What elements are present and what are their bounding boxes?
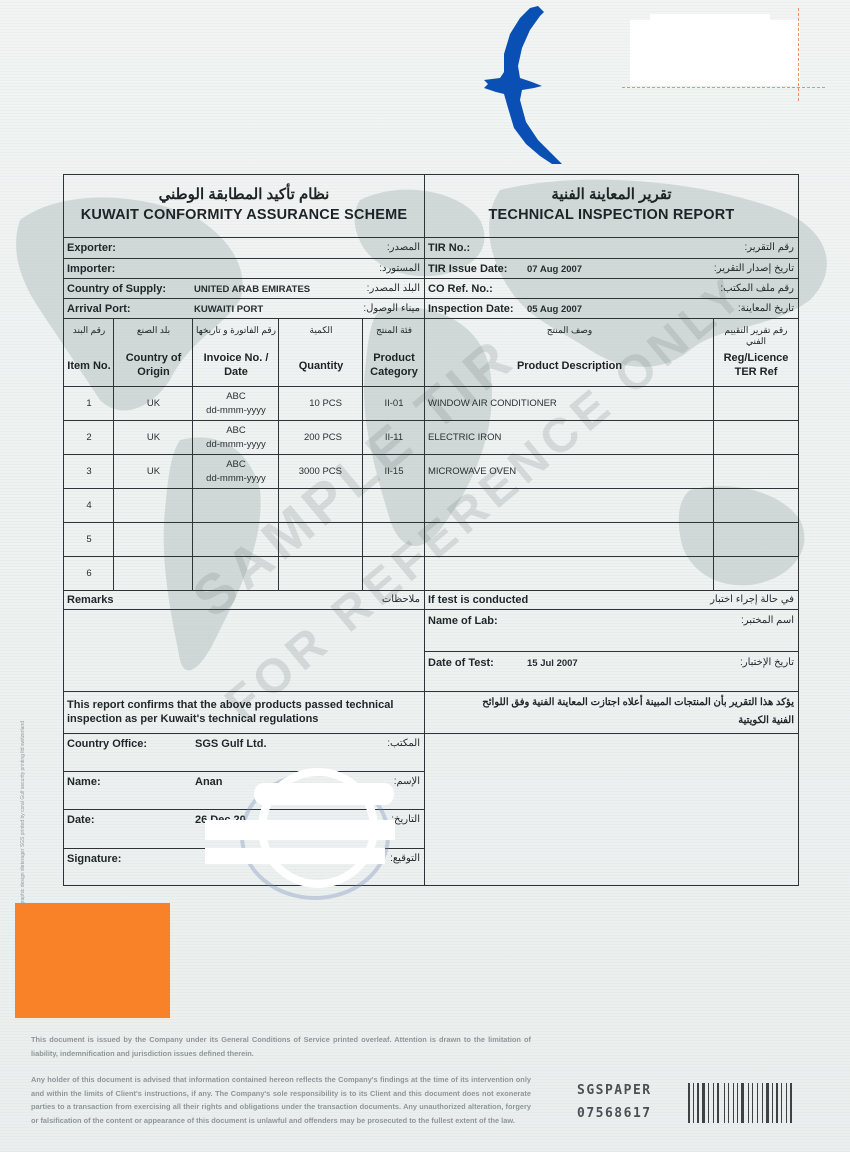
table-cell-origin (114, 489, 193, 523)
table-cell-item: 4 (64, 489, 114, 523)
stamp-area (425, 734, 798, 885)
table-cell-ref (714, 489, 798, 523)
table-cell-category: II-15 (363, 455, 425, 489)
table-cell-item: 2 (64, 421, 114, 455)
table-cell-category (363, 557, 425, 591)
table-cell-description (425, 557, 714, 591)
crop-mark-horizontal (622, 87, 825, 88)
sign-label: Name: (67, 776, 101, 788)
invoice-number: ABC (193, 391, 279, 402)
column-header-en: Country of Origin (116, 351, 191, 379)
confirmation-text: This report confirms that the above prod… (67, 698, 407, 726)
remarks-label: Remarks (67, 594, 113, 606)
invoice-date: dd-mmm-yyyy (193, 473, 279, 484)
field-label: CO Ref. No.: (428, 283, 493, 295)
field-label: TIR No.: (428, 242, 470, 254)
origin-value: UK (114, 398, 193, 409)
info-row-left-3: Arrival Port:KUWAITI PORTميناء الوصول: (64, 299, 425, 319)
table-cell-invoice (193, 557, 279, 591)
field-value[interactable]: KUWAITI PORT (194, 304, 263, 315)
table-cell-ref (714, 421, 798, 455)
column-header-en: Item No. (66, 359, 112, 373)
table-cell-category (363, 489, 425, 523)
product-description: ELECTRIC IRON (428, 432, 501, 443)
title-left: نظام تأكيد المطابقة الوطني KUWAIT CONFOR… (64, 175, 425, 238)
lab-name-label: Name of Lab: (428, 615, 498, 627)
table-cell-ref (714, 557, 798, 591)
field-label-ar: رقم ملف المكتب: (720, 283, 794, 294)
table-cell-origin: UK (114, 455, 193, 489)
test-date-row: Date of Test: 15 Jul 2007 تاريخ الإختبار… (425, 652, 798, 692)
field-label-ar: المستورد: (379, 263, 420, 274)
table-cell-invoice (193, 523, 279, 557)
invoice-date: dd-mmm-yyyy (193, 405, 279, 416)
field-label-ar: ميناء الوصول: (363, 303, 420, 314)
remarks-field[interactable] (64, 610, 425, 692)
lab-name-row: Name of Lab: اسم المختبر: (425, 610, 798, 652)
table-cell-quantity: 10 PCS (279, 387, 363, 421)
lab-name-label-ar: اسم المختبر: (741, 615, 794, 626)
barcode-icon (688, 1083, 830, 1123)
column-header-ar: رقم الفاتورة و تاريخها (193, 325, 279, 336)
origin-value: UK (114, 466, 193, 477)
table-cell-origin (114, 523, 193, 557)
quantity-value: 3000 PCS (299, 466, 342, 477)
table-cell-ref (714, 523, 798, 557)
table-cell-ref (714, 455, 798, 489)
table-cell-item: 1 (64, 387, 114, 421)
column-header-en: Quantity (281, 359, 361, 373)
table-cell-category (363, 523, 425, 557)
table-cell-invoice: ABCdd-mmm-yyyy (193, 455, 279, 489)
category-value: II-11 (363, 432, 425, 443)
inspection-report-form: نظام تأكيد المطابقة الوطني KUWAIT CONFOR… (63, 174, 799, 886)
invoice-number: ABC (193, 459, 279, 470)
field-label: Inspection Date: (428, 303, 514, 315)
column-header-0: رقم البندItem No. (64, 319, 114, 387)
column-header-en: Product Category (365, 351, 423, 379)
field-label-ar: تاريخ المعاينة: (738, 303, 794, 314)
test-header: If test is conducted في حالة إجراء اختبا… (425, 591, 798, 610)
table-cell-quantity (279, 557, 363, 591)
item-value: 1 (64, 398, 114, 409)
field-label: Country of Supply: (67, 283, 166, 295)
field-value[interactable]: 05 Aug 2007 (527, 304, 582, 315)
column-header-en: Product Description (427, 359, 712, 373)
serial-number: 07568617 (577, 1106, 652, 1121)
info-row-left-2: Country of Supply:UNITED ARAB EMIRATESال… (64, 279, 425, 299)
table-cell-ref (714, 387, 798, 421)
title-right: تقرير المعاينة الفنية TECHNICAL INSPECTI… (425, 175, 798, 238)
table-cell-origin (114, 557, 193, 591)
column-header-ar: وصف المنتج (425, 325, 714, 336)
quantity-value: 10 PCS (309, 398, 342, 409)
column-header-2: رقم الفاتورة و تاريخهاInvoice No. / Date (193, 319, 279, 387)
info-row-right-2: CO Ref. No.:رقم ملف المكتب: (425, 279, 798, 299)
field-label: TIR Issue Date: (428, 263, 507, 275)
title-right-english: TECHNICAL INSPECTION REPORT (425, 207, 798, 223)
sign-value: SGS Gulf Ltd. (195, 738, 267, 750)
column-header-4: فئة المنتجProduct Category (363, 319, 425, 387)
disclaimer-holder-notice: Any holder of this document is advised t… (31, 1073, 531, 1127)
column-header-en: Invoice No. / Date (195, 351, 277, 379)
invoice-number: ABC (193, 425, 279, 436)
item-value: 5 (64, 534, 114, 545)
field-label: Exporter: (67, 242, 116, 254)
field-label-ar: المصدر: (387, 242, 420, 253)
table-cell-item: 6 (64, 557, 114, 591)
column-header-ar: فئة المنتج (363, 325, 425, 336)
field-value[interactable]: UNITED ARAB EMIRATES (194, 284, 310, 295)
confirmation-ar: يؤكد هذا التقرير بأن المنتجات المبينة أع… (425, 692, 798, 734)
sign-label: Date: (67, 814, 95, 826)
table-cell-origin: UK (114, 387, 193, 421)
column-header-ar: الكمية (279, 325, 363, 336)
table-cell-invoice (193, 489, 279, 523)
table-cell-origin: UK (114, 421, 193, 455)
category-value: II-15 (363, 466, 425, 477)
confirmation-en: This report confirms that the above prod… (64, 692, 425, 734)
remarks-header: Remarks ملاحظات (64, 591, 425, 610)
sign-label-ar: الإسم: (394, 776, 420, 787)
table-cell-invoice: ABCdd-mmm-yyyy (193, 421, 279, 455)
field-label: Arrival Port: (67, 303, 131, 315)
product-description: MICROWAVE OVEN (428, 466, 516, 477)
crop-mark-vertical (798, 8, 799, 101)
product-description: WINDOW AIR CONDITIONER (428, 398, 557, 409)
test-header-label-ar: في حالة إجراء اختبار (710, 594, 794, 605)
sign-label: Signature: (67, 853, 121, 865)
column-header-ar: رقم تقرير التقييم الفني (714, 325, 798, 347)
test-date-label: Date of Test: (428, 657, 494, 669)
sign-label: Country Office: (67, 738, 147, 750)
paper-code: SGSPAPER (577, 1083, 652, 1098)
title-right-arabic: تقرير المعاينة الفنية (425, 185, 798, 203)
field-label: Importer: (67, 263, 115, 275)
redacted-area-top-2 (650, 14, 770, 24)
table-cell-quantity: 200 PCS (279, 421, 363, 455)
sign-label-ar: المكتب: (387, 738, 420, 749)
field-label-ar: رقم التقرير: (744, 242, 794, 253)
item-value: 6 (64, 568, 114, 579)
origin-value: UK (114, 432, 193, 443)
orange-security-block (15, 903, 170, 1018)
info-row-right-1: TIR Issue Date:07 Aug 2007تاريخ إصدار ال… (425, 259, 798, 279)
info-row-left-0: Exporter:المصدر: (64, 238, 425, 259)
table-cell-description: MICROWAVE OVEN (425, 455, 714, 489)
column-header-6: رقم تقرير التقييم الفنيReg/Licence TER R… (714, 319, 798, 387)
table-cell-quantity (279, 523, 363, 557)
invoice-date: dd-mmm-yyyy (193, 439, 279, 450)
test-header-label: If test is conducted (428, 594, 528, 606)
title-left-arabic: نظام تأكيد المطابقة الوطني (64, 185, 424, 203)
sign-value: Anan (195, 776, 223, 788)
info-row-left-1: Importer:المستورد: (64, 259, 425, 279)
table-cell-invoice: ABCdd-mmm-yyyy (193, 387, 279, 421)
table-cell-category: II-01 (363, 387, 425, 421)
sign-label-ar: التوقيع: (390, 853, 420, 864)
column-header-ar: بلد الصنع (114, 325, 193, 336)
item-value: 3 (64, 466, 114, 477)
field-label-ar: تاريخ إصدار التقرير: (714, 263, 794, 274)
field-label-ar: البلد المصدر: (367, 283, 420, 294)
disclaimer-general-conditions: This document is issued by the Company u… (31, 1033, 531, 1060)
remarks-label-ar: ملاحظات (382, 594, 420, 605)
confirmation-text-ar-2: الفنية الكويتية (738, 715, 794, 726)
table-cell-description (425, 489, 714, 523)
table-cell-quantity: 3000 PCS (279, 455, 363, 489)
sign-row-0: Country Office:SGS Gulf Ltd.المكتب: (64, 734, 425, 772)
test-date-value: 15 Jul 2007 (527, 658, 578, 669)
table-cell-item: 3 (64, 455, 114, 489)
category-value: II-01 (363, 398, 425, 409)
info-row-right-3: Inspection Date:05 Aug 2007تاريخ المعاين… (425, 299, 798, 319)
table-cell-description (425, 523, 714, 557)
item-value: 4 (64, 500, 114, 511)
column-header-5: وصف المنتجProduct Description (425, 319, 714, 387)
field-value[interactable]: 07 Aug 2007 (527, 264, 582, 275)
column-header-en: Reg/Licence TER Ref (716, 351, 796, 379)
column-header-ar: رقم البند (64, 325, 114, 336)
table-cell-quantity (279, 489, 363, 523)
side-print-text: graphic design dieterager SGS printed by… (20, 721, 26, 905)
redacted-area-top (630, 20, 800, 86)
column-header-1: بلد الصنعCountry of Origin (114, 319, 193, 387)
sign-label-ar: التاريخ: (391, 814, 420, 825)
column-header-3: الكميةQuantity (279, 319, 363, 387)
table-cell-description: WINDOW AIR CONDITIONER (425, 387, 714, 421)
bird-logo-icon (482, 4, 570, 166)
title-left-english: KUWAIT CONFORMITY ASSURANCE SCHEME (64, 207, 424, 223)
item-value: 2 (64, 432, 114, 443)
test-date-label-ar: تاريخ الإختبار: (740, 657, 794, 668)
confirmation-text-ar-1: يؤكد هذا التقرير بأن المنتجات المبينة أع… (482, 697, 794, 708)
quantity-value: 200 PCS (304, 432, 342, 443)
info-row-right-0: TIR No.:رقم التقرير: (425, 238, 798, 259)
redacted-seal-ring (258, 768, 378, 888)
table-cell-description: ELECTRIC IRON (425, 421, 714, 455)
table-cell-item: 5 (64, 523, 114, 557)
table-cell-category: II-11 (363, 421, 425, 455)
